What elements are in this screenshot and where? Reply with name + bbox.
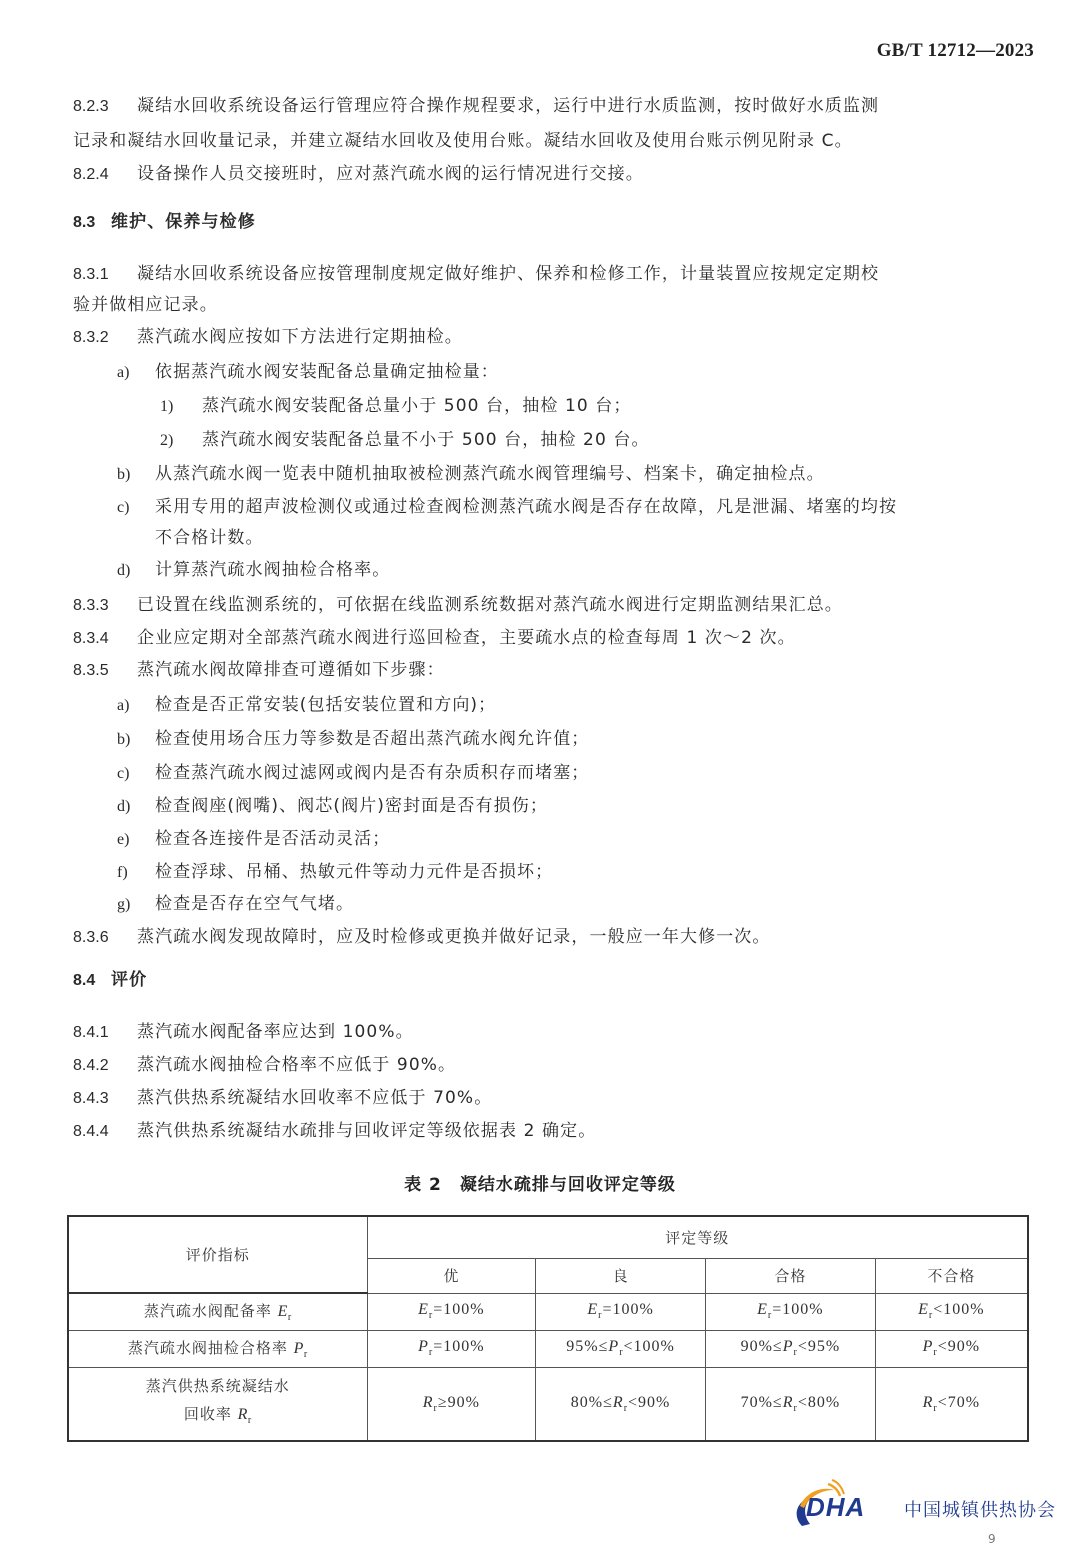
item-text: 检查阀座(阀嘴)、阀芯(阀片)密封面是否有损伤； [155,796,548,816]
item-marker: d) [117,561,155,581]
clause-number: 8.2.4 [73,165,137,185]
clause-8-3-6: 8.3.6蒸汽疏水阀发现故障时，应及时检修或更换并做好记录，一般应一年大修一次。 [73,927,771,948]
clause-text: 蒸汽疏水阀配备率应达到 100%。 [137,1022,414,1042]
symbol: E [587,1301,598,1318]
cell-suffix: <100% [624,1338,675,1355]
step-e: e)检查各连接件是否活动灵活； [117,829,390,850]
symbol: P [294,1340,304,1357]
cell-fail: Er<100% [875,1293,1028,1330]
sub-item-1: 1)蒸汽疏水阀安装配备总量小于 500 台，抽检 10 台； [160,396,632,417]
indicator-label: 蒸汽疏水阀配备率 [144,1302,272,1320]
symbol: E [918,1301,929,1318]
step-f: f)检查浮球、吊桶、热敏元件等动力元件是否损坏； [117,862,553,883]
table-title: 表 2 凝结水疏排与回收评定等级 [0,1170,1080,1195]
item-text: 计算蒸汽疏水阀抽检合格率。 [155,560,390,580]
clause-8-2-3: 8.2.3凝结水回收系统设备运行管理应符合操作规程要求，运行中进行水质监测，按时… [73,96,879,117]
clause-number: 8.4.3 [73,1089,137,1109]
table-row: 蒸汽供热系统凝结水 回收率 Rr Rr≥90% 80%≤Rr<90% 70%≤R… [68,1367,1028,1441]
cell-pass: Er=100% [706,1293,876,1330]
list-item-d: d)计算蒸汽疏水阀抽检合格率。 [117,560,390,581]
cell-prefix: 95%≤ [566,1338,608,1355]
item-marker: a) [117,696,155,716]
step-g: g)检查是否存在空气气堵。 [117,894,354,915]
subscript: r [304,1349,308,1360]
item-text: 检查浮球、吊桶、热敏元件等动力元件是否损坏； [155,862,553,882]
sub-item-2: 2)蒸汽疏水阀安装配备总量不小于 500 台，抽检 20 台。 [160,430,650,451]
cell-good: 80%≤Rr<90% [536,1367,706,1441]
cell-good: 95%≤Pr<100% [536,1330,706,1367]
header-grade-pass: 合格 [706,1258,876,1293]
cell-suffix: <100% [933,1301,984,1318]
section-number: 8.4 [73,971,111,991]
clause-text: 凝结水回收系统设备运行管理应符合操作规程要求，运行中进行水质监测，按时做好水质监… [137,96,879,116]
symbol: R [923,1394,934,1411]
indicator-label-line2: 回收率 Rr [69,1400,367,1435]
item-text: 检查各连接件是否活动灵活； [155,829,390,849]
cdha-logo: DHA 中国城镇供热协会 [788,1478,1068,1538]
item-text: 采用专用的超声波检测仪或通过检查阀检测蒸汽疏水阀是否存在故障，凡是泄漏、堵塞的均… [155,497,897,517]
cell-pass: 70%≤Rr<80% [706,1367,876,1441]
item-text: 依据蒸汽疏水阀安装配备总量确定抽检量： [155,362,499,382]
list-item-c-cont: 不合格计数。 [155,528,264,548]
item-marker: f) [117,863,155,883]
section-title: 评价 [111,970,147,990]
clause-text: 蒸汽疏水阀应按如下方法进行定期抽检。 [137,327,463,347]
list-item-a: a)依据蒸汽疏水阀安装配备总量确定抽检量： [117,362,499,383]
page-number: 9 [988,1532,996,1546]
header-grade-excellent: 优 [367,1258,536,1293]
table-row: 蒸汽疏水阀配备率 Er Er=100% Er=100% Er=100% Er<1… [68,1293,1028,1330]
indicator-label: 蒸汽疏水阀抽检合格率 [128,1339,288,1357]
clause-8-3-2: 8.3.2蒸汽疏水阀应按如下方法进行定期抽检。 [73,327,463,348]
subscript: r [248,1415,252,1426]
indicator-label-line1: 蒸汽供热系统凝结水 [69,1372,367,1400]
symbol: E [278,1303,288,1320]
symbol: E [418,1301,429,1318]
header-grade-fail: 不合格 [875,1258,1028,1293]
item-marker: 2) [160,431,202,451]
clause-text: 蒸汽疏水阀故障排查可遵循如下步骤： [137,660,445,680]
clause-8-3-5: 8.3.5蒸汽疏水阀故障排查可遵循如下步骤： [73,660,445,681]
cell-prefix: 80%≤ [571,1394,613,1411]
cell-suffix: =100% [772,1301,823,1318]
row-indicator: 蒸汽疏水阀抽检合格率 Pr [68,1330,367,1367]
cell-good: Er=100% [536,1293,706,1330]
item-text: 检查蒸汽疏水阀过滤网或阀内是否有杂质积存而堵塞； [155,763,589,783]
row-indicator: 蒸汽疏水阀配备率 Er [68,1293,367,1330]
header-indicator: 评价指标 [68,1216,367,1293]
clause-text: 蒸汽疏水阀抽检合格率不应低于 90%。 [137,1055,456,1075]
item-text: 检查使用场合压力等参数是否超出蒸汽疏水阀允许值； [155,729,589,749]
symbol: R [783,1394,794,1411]
clause-number: 8.4.1 [73,1023,137,1043]
symbol: P [608,1338,619,1355]
cell-suffix: <70% [938,1394,980,1411]
symbol: R [423,1394,434,1411]
item-text: 检查是否正常安装(包括安装位置和方向)； [155,695,496,715]
clause-number: 8.3.3 [73,596,137,616]
item-marker: b) [117,465,155,485]
clause-8-3-1-cont: 验并做相应记录。 [73,295,218,315]
cell-suffix: <95% [798,1338,840,1355]
clause-8-2-3-cont: 记录和凝结水回收量记录，并建立凝结水回收及使用台账。凝结水回收及使用台账示例见附… [73,131,853,151]
clause-8-4-2: 8.4.2蒸汽疏水阀抽检合格率不应低于 90%。 [73,1055,456,1076]
cell-pass: 90%≤Pr<95% [706,1330,876,1367]
cell-fail: Pr<90% [875,1330,1028,1367]
clause-8-3-3: 8.3.3已设置在线监测系统的，可依据在线监测系统数据对蒸汽疏水阀进行定期监测结… [73,595,843,616]
clause-text: 凝结水回收系统设备应按管理制度规定做好维护、保养和检修工作，计量装置应按规定定期… [137,264,879,284]
clause-number: 8.3.6 [73,928,137,948]
clause-text: 已设置在线监测系统的，可依据在线监测系统数据对蒸汽疏水阀进行定期监测结果汇总。 [137,595,843,615]
standard-code: GB/T 12712—2023 [877,40,1034,62]
clause-8-2-4: 8.2.4设备操作人员交接班时，应对蒸汽疏水阀的运行情况进行交接。 [73,164,644,185]
item-marker: c) [117,764,155,784]
row-indicator: 蒸汽供热系统凝结水 回收率 Rr [68,1367,367,1441]
step-a: a)检查是否正常安装(包括安装位置和方向)； [117,695,496,716]
cell-suffix: =100% [433,1301,484,1318]
clause-number: 8.3.5 [73,661,137,681]
clause-text: 企业应定期对全部蒸汽疏水阀进行巡回检查，主要疏水点的检查每周 1 次～2 次。 [137,628,796,648]
grade-table: 评价指标 评定等级 优 良 合格 不合格 蒸汽疏水阀配备率 Er Er=100%… [67,1215,1029,1442]
item-marker: b) [117,730,155,750]
cell-suffix: <90% [628,1394,670,1411]
item-marker: c) [117,498,155,518]
cell-prefix: 90%≤ [741,1338,783,1355]
list-item-c: c)采用专用的超声波检测仪或通过检查阀检测蒸汽疏水阀是否存在故障，凡是泄漏、堵塞… [117,497,897,518]
step-b: b)检查使用场合压力等参数是否超出蒸汽疏水阀允许值； [117,729,589,750]
cell-excellent: Pr=100% [367,1330,536,1367]
symbol: P [418,1338,429,1355]
item-text: 蒸汽疏水阀安装配备总量小于 500 台，抽检 10 台； [202,396,632,416]
cell-excellent: Er=100% [367,1293,536,1330]
clause-number: 8.3.1 [73,265,137,285]
clause-text: 蒸汽疏水阀发现故障时，应及时检修或更换并做好记录，一般应一年大修一次。 [137,927,771,947]
symbol: P [783,1338,794,1355]
item-marker: a) [117,363,155,383]
item-text: 从蒸汽疏水阀一览表中随机抽取被检测蒸汽疏水阀管理编号、档案卡，确定抽检点。 [155,464,825,484]
symbol: R [238,1406,248,1423]
item-text: 检查是否存在空气气堵。 [155,894,354,914]
clause-8-4-3: 8.4.3蒸汽供热系统凝结水回收率不应低于 70%。 [73,1088,492,1109]
symbol: E [757,1301,768,1318]
header-grade-group: 评定等级 [367,1216,1028,1258]
cell-prefix: 70%≤ [741,1394,783,1411]
header-grade-good: 良 [536,1258,706,1293]
logo-text-cn: 中国城镇供热协会 [904,1496,1056,1522]
cell-suffix: ≥90% [438,1394,480,1411]
cell-suffix: =100% [433,1338,484,1355]
clause-number: 8.4.4 [73,1122,137,1142]
step-c: c)检查蒸汽疏水阀过滤网或阀内是否有杂质积存而堵塞； [117,763,589,784]
symbol: P [923,1338,934,1355]
subscript: r [288,1312,292,1323]
section-title: 维护、保养与检修 [111,212,256,232]
clause-text: 蒸汽供热系统凝结水疏排与回收评定等级依据表 2 确定。 [137,1121,596,1141]
item-marker: d) [117,797,155,817]
section-number: 8.3 [73,213,111,233]
item-marker: 1) [160,397,202,417]
table-row: 蒸汽疏水阀抽检合格率 Pr Pr=100% 95%≤Pr<100% 90%≤Pr… [68,1330,1028,1367]
clause-8-4-4: 8.4.4蒸汽供热系统凝结水疏排与回收评定等级依据表 2 确定。 [73,1121,596,1142]
section-8-4-heading: 8.4评价 [73,970,147,991]
item-text: 蒸汽疏水阀安装配备总量不小于 500 台，抽检 20 台。 [202,430,650,450]
clause-text: 蒸汽供热系统凝结水回收率不应低于 70%。 [137,1088,492,1108]
clause-8-3-1: 8.3.1凝结水回收系统设备应按管理制度规定做好维护、保养和检修工作，计量装置应… [73,264,879,285]
item-marker: g) [117,895,155,915]
list-item-b: b)从蒸汽疏水阀一览表中随机抽取被检测蒸汽疏水阀管理编号、档案卡，确定抽检点。 [117,464,825,485]
cell-suffix: <80% [798,1394,840,1411]
clause-number: 8.2.3 [73,97,137,117]
clause-text: 设备操作人员交接班时，应对蒸汽疏水阀的运行情况进行交接。 [137,164,644,184]
clause-8-3-4: 8.3.4企业应定期对全部蒸汽疏水阀进行巡回检查，主要疏水点的检查每周 1 次～… [73,628,796,649]
logo-text-en: DHA [806,1492,865,1523]
symbol: R [613,1394,624,1411]
item-marker: e) [117,830,155,850]
cell-suffix: =100% [602,1301,653,1318]
cell-fail: Rr<70% [875,1367,1028,1441]
clause-number: 8.3.4 [73,629,137,649]
cell-suffix: <90% [938,1338,980,1355]
section-8-3-heading: 8.3维护、保养与检修 [73,212,256,233]
clause-number: 8.4.2 [73,1056,137,1076]
clause-number: 8.3.2 [73,328,137,348]
cell-excellent: Rr≥90% [367,1367,536,1441]
indicator-label: 回收率 [184,1405,232,1423]
step-d: d)检查阀座(阀嘴)、阀芯(阀片)密封面是否有损伤； [117,796,548,817]
clause-8-4-1: 8.4.1蒸汽疏水阀配备率应达到 100%。 [73,1022,414,1043]
